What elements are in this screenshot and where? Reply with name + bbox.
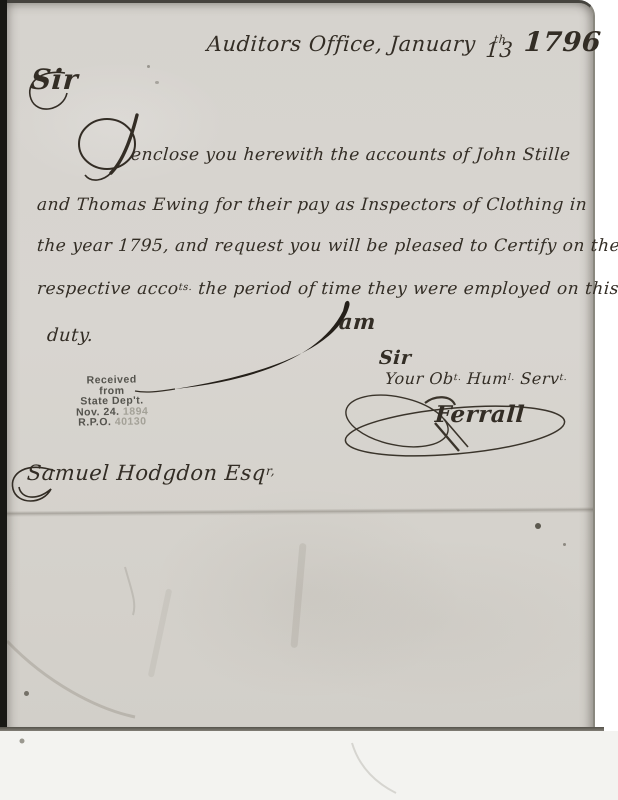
stain-streak: [290, 543, 306, 648]
addressee-line: Samuel Hodgdon Esqr,: [26, 461, 276, 485]
date-month: January: [389, 32, 477, 56]
office-name: Auditors Office,: [206, 32, 383, 56]
i-am-flourish-stroke: [175, 301, 350, 389]
ink-speck: [563, 543, 566, 546]
date-year: 1796: [523, 27, 602, 58]
paper-scratch: [125, 567, 134, 615]
scan-left-border: [0, 0, 7, 731]
signature: Ferrall: [434, 401, 526, 428]
closing-i-am: am: [338, 309, 377, 334]
salutation: Sir: [30, 63, 79, 96]
closing-yours: Your Obt. Huml. Servt.: [384, 369, 568, 388]
stamp-line: R.P.O. 40130: [49, 416, 175, 429]
scanned-letter-page: { "page": { "background": "#ffffff", "pa…: [0, 0, 618, 800]
esq-superscript: r,: [266, 464, 276, 478]
ink-speck: [24, 691, 29, 696]
letter-paper: Auditors Office, January th13 1796 Sir: [7, 0, 595, 731]
letter-dateline: Auditors Office, January th13 1796: [206, 27, 602, 58]
letter-line-5: duty.: [46, 325, 94, 346]
abbreviation-superscript: ts.: [178, 282, 192, 293]
ornate-initial-i-stroke: [79, 115, 137, 180]
ink-speck: [147, 65, 150, 68]
handwriting-flourishes: [7, 3, 593, 731]
date-day: th13: [485, 36, 514, 58]
scan-bottom-background: [0, 731, 618, 800]
ink-speck: [535, 523, 541, 529]
stain-streak: [148, 588, 173, 677]
paper-crease-arc: [7, 641, 135, 717]
letter-line-4: respective accots. the period of time th…: [36, 279, 618, 299]
letter-line-1: enclose you herewith the accounts of Joh…: [130, 145, 571, 165]
received-stamp: Received from State Dep't. Nov. 24. 1894…: [49, 374, 176, 429]
letter-line-2: and Thomas Ewing for their pay as Inspec…: [36, 195, 588, 215]
ink-speck: [155, 81, 159, 84]
fold-crease: [7, 507, 593, 517]
closing-sir: Sir: [378, 347, 412, 369]
letter-line-3: the year 1795, and request you will be p…: [36, 236, 618, 256]
scanner-scratch: [0, 731, 618, 800]
